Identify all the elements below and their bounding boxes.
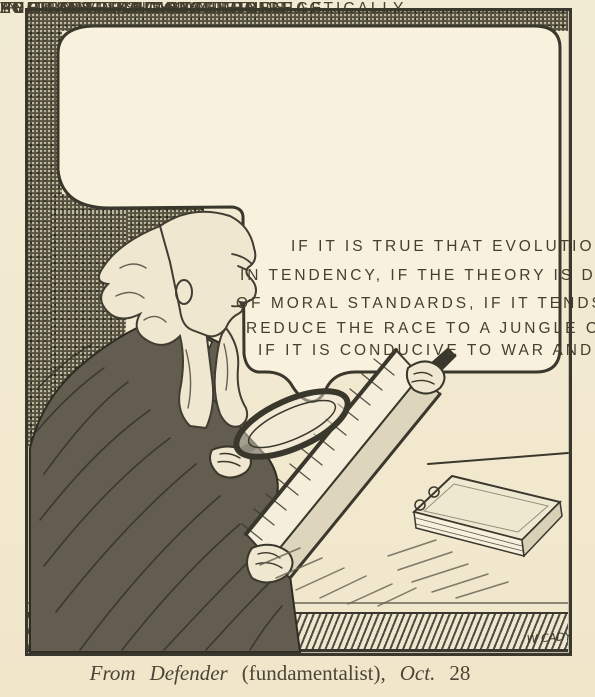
figure-hand-bottom [247, 545, 293, 583]
artist-signature: W CADY [526, 630, 573, 646]
figure-hand-top [407, 361, 445, 393]
caption-word: Oct. [400, 661, 436, 685]
figure-goatee [215, 328, 247, 427]
caption-word: 28 [449, 661, 470, 685]
caption-word: (fundamentalist), [242, 661, 386, 685]
bubble-line: IF IT IS TRUE THAT EVOLUTION IS ATHEISTI… [291, 238, 595, 256]
bubble-line: IF IT IS CONDUCIVE TO WAR AND ANARCHY, [258, 342, 595, 360]
caption-word: From [90, 661, 136, 685]
bubble-line: IN TENDENCY, IF THE THEORY IS DESTRUCTIV… [240, 267, 595, 285]
bubble-line: REDUCE THE RACE TO A JUNGLE OF BEASTS, [246, 320, 595, 338]
bubble-line: OF MORAL STANDARDS, IF IT TENDS TO [236, 295, 595, 313]
caption: FromDefender(fundamentalist),Oct.28 [0, 661, 560, 686]
closed-book [414, 476, 562, 556]
table-back-edge [428, 453, 568, 464]
caption-word: Defender [150, 661, 228, 685]
bubble-line: LOOK INTO THIS MATTER. [0, 0, 261, 18]
closed-book-shadow [388, 540, 508, 598]
